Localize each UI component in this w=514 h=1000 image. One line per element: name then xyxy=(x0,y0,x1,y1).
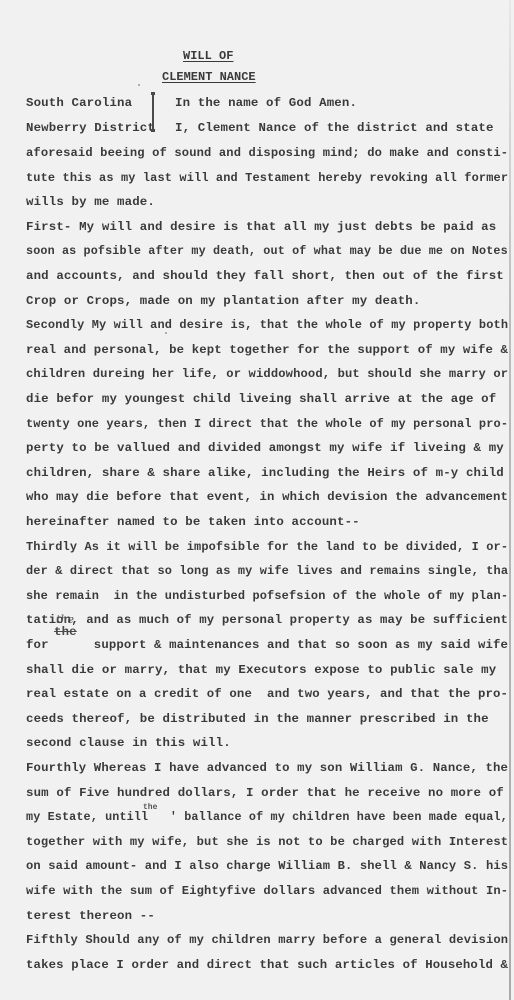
body-line: my Estate, untill ' ballance of my child… xyxy=(26,810,508,824)
body-line: real estate on a credit of one and two y… xyxy=(26,687,508,701)
handwritten-insertion-the-2: the xyxy=(143,803,157,812)
body-line: hereinafter named to be taken into accou… xyxy=(26,515,360,529)
body-line: aforesaid beeing of sound and disposing … xyxy=(26,146,508,160)
body-line: sum of Five hundred dollars, I order tha… xyxy=(26,786,504,800)
body-line: together with my wife, but she is not to… xyxy=(26,835,508,849)
body-line: children, share & share alike, including… xyxy=(26,466,504,480)
body-line: wills by me made. xyxy=(26,195,155,209)
body-line: takes place I order and direct that such… xyxy=(26,958,508,972)
body-line: First- My will and desire is that all my… xyxy=(26,220,496,234)
body-line: der & direct that so long as my wife liv… xyxy=(26,564,508,578)
document-title-line-1: WILL OF xyxy=(183,49,233,63)
body-line: shall die or marry, that my Executors ex… xyxy=(26,663,496,677)
body-line: perty to be vallued and divided amongst … xyxy=(26,441,504,455)
paper-speck xyxy=(138,84,140,86)
body-line: children dureing her life, or widdowhood… xyxy=(26,367,508,381)
document-title-line-2: CLEMENT NANCE xyxy=(162,70,256,84)
body-line: real and personal, be kept together for … xyxy=(26,343,508,357)
body-line: terest thereon -- xyxy=(26,909,155,923)
body-line: tation, and as much of my personal prope… xyxy=(26,613,508,627)
document-page: WILL OF CLEMENT NANCE South Carolina New… xyxy=(0,0,514,1000)
body-line: twenty one years, then I direct that the… xyxy=(26,417,508,431)
heading-state: South Carolina xyxy=(26,96,132,110)
page-edge-shadow xyxy=(509,0,511,1000)
body-line: tute this as my last will and Testament … xyxy=(26,171,508,185)
body-line: she remain in the undisturbed pofsefsion… xyxy=(26,589,508,603)
body-line: die befor my youngest child liveing shal… xyxy=(26,392,496,406)
struck-word: the xyxy=(54,625,77,639)
body-line: who may die before that event, in which … xyxy=(26,490,508,504)
body-line: on said amount- and I also charge Willia… xyxy=(26,859,508,873)
heading-bracket xyxy=(152,92,154,132)
paper-speck xyxy=(165,332,167,334)
body-line: Crop or Crops, made on my plantation aft… xyxy=(26,294,420,308)
heading-invocation: In the name of God Amen. xyxy=(175,96,357,110)
body-line: wife with the sum of Eightyfive dollars … xyxy=(26,884,508,898)
heading-declaration: I, Clement Nance of the district and sta… xyxy=(175,121,494,135)
body-line: second clause in this will. xyxy=(26,736,231,750)
body-line: Thirdly As it will be impofsible for the… xyxy=(26,540,508,554)
heading-district: Newberry District xyxy=(26,121,155,135)
body-line: soon as pofsible after my death, out of … xyxy=(26,244,508,258)
body-line: Fourthly Whereas I have advanced to my s… xyxy=(26,761,508,775)
body-line: for support & maintenances and that so s… xyxy=(26,638,508,652)
body-line: Fifthly Should any of my children marry … xyxy=(26,933,508,947)
body-line: Secondly My will and desire is, that the… xyxy=(26,318,508,332)
body-line: ceeds thereof, be distributed in the man… xyxy=(26,712,489,726)
body-line: and accounts, and should they fall short… xyxy=(26,269,504,283)
